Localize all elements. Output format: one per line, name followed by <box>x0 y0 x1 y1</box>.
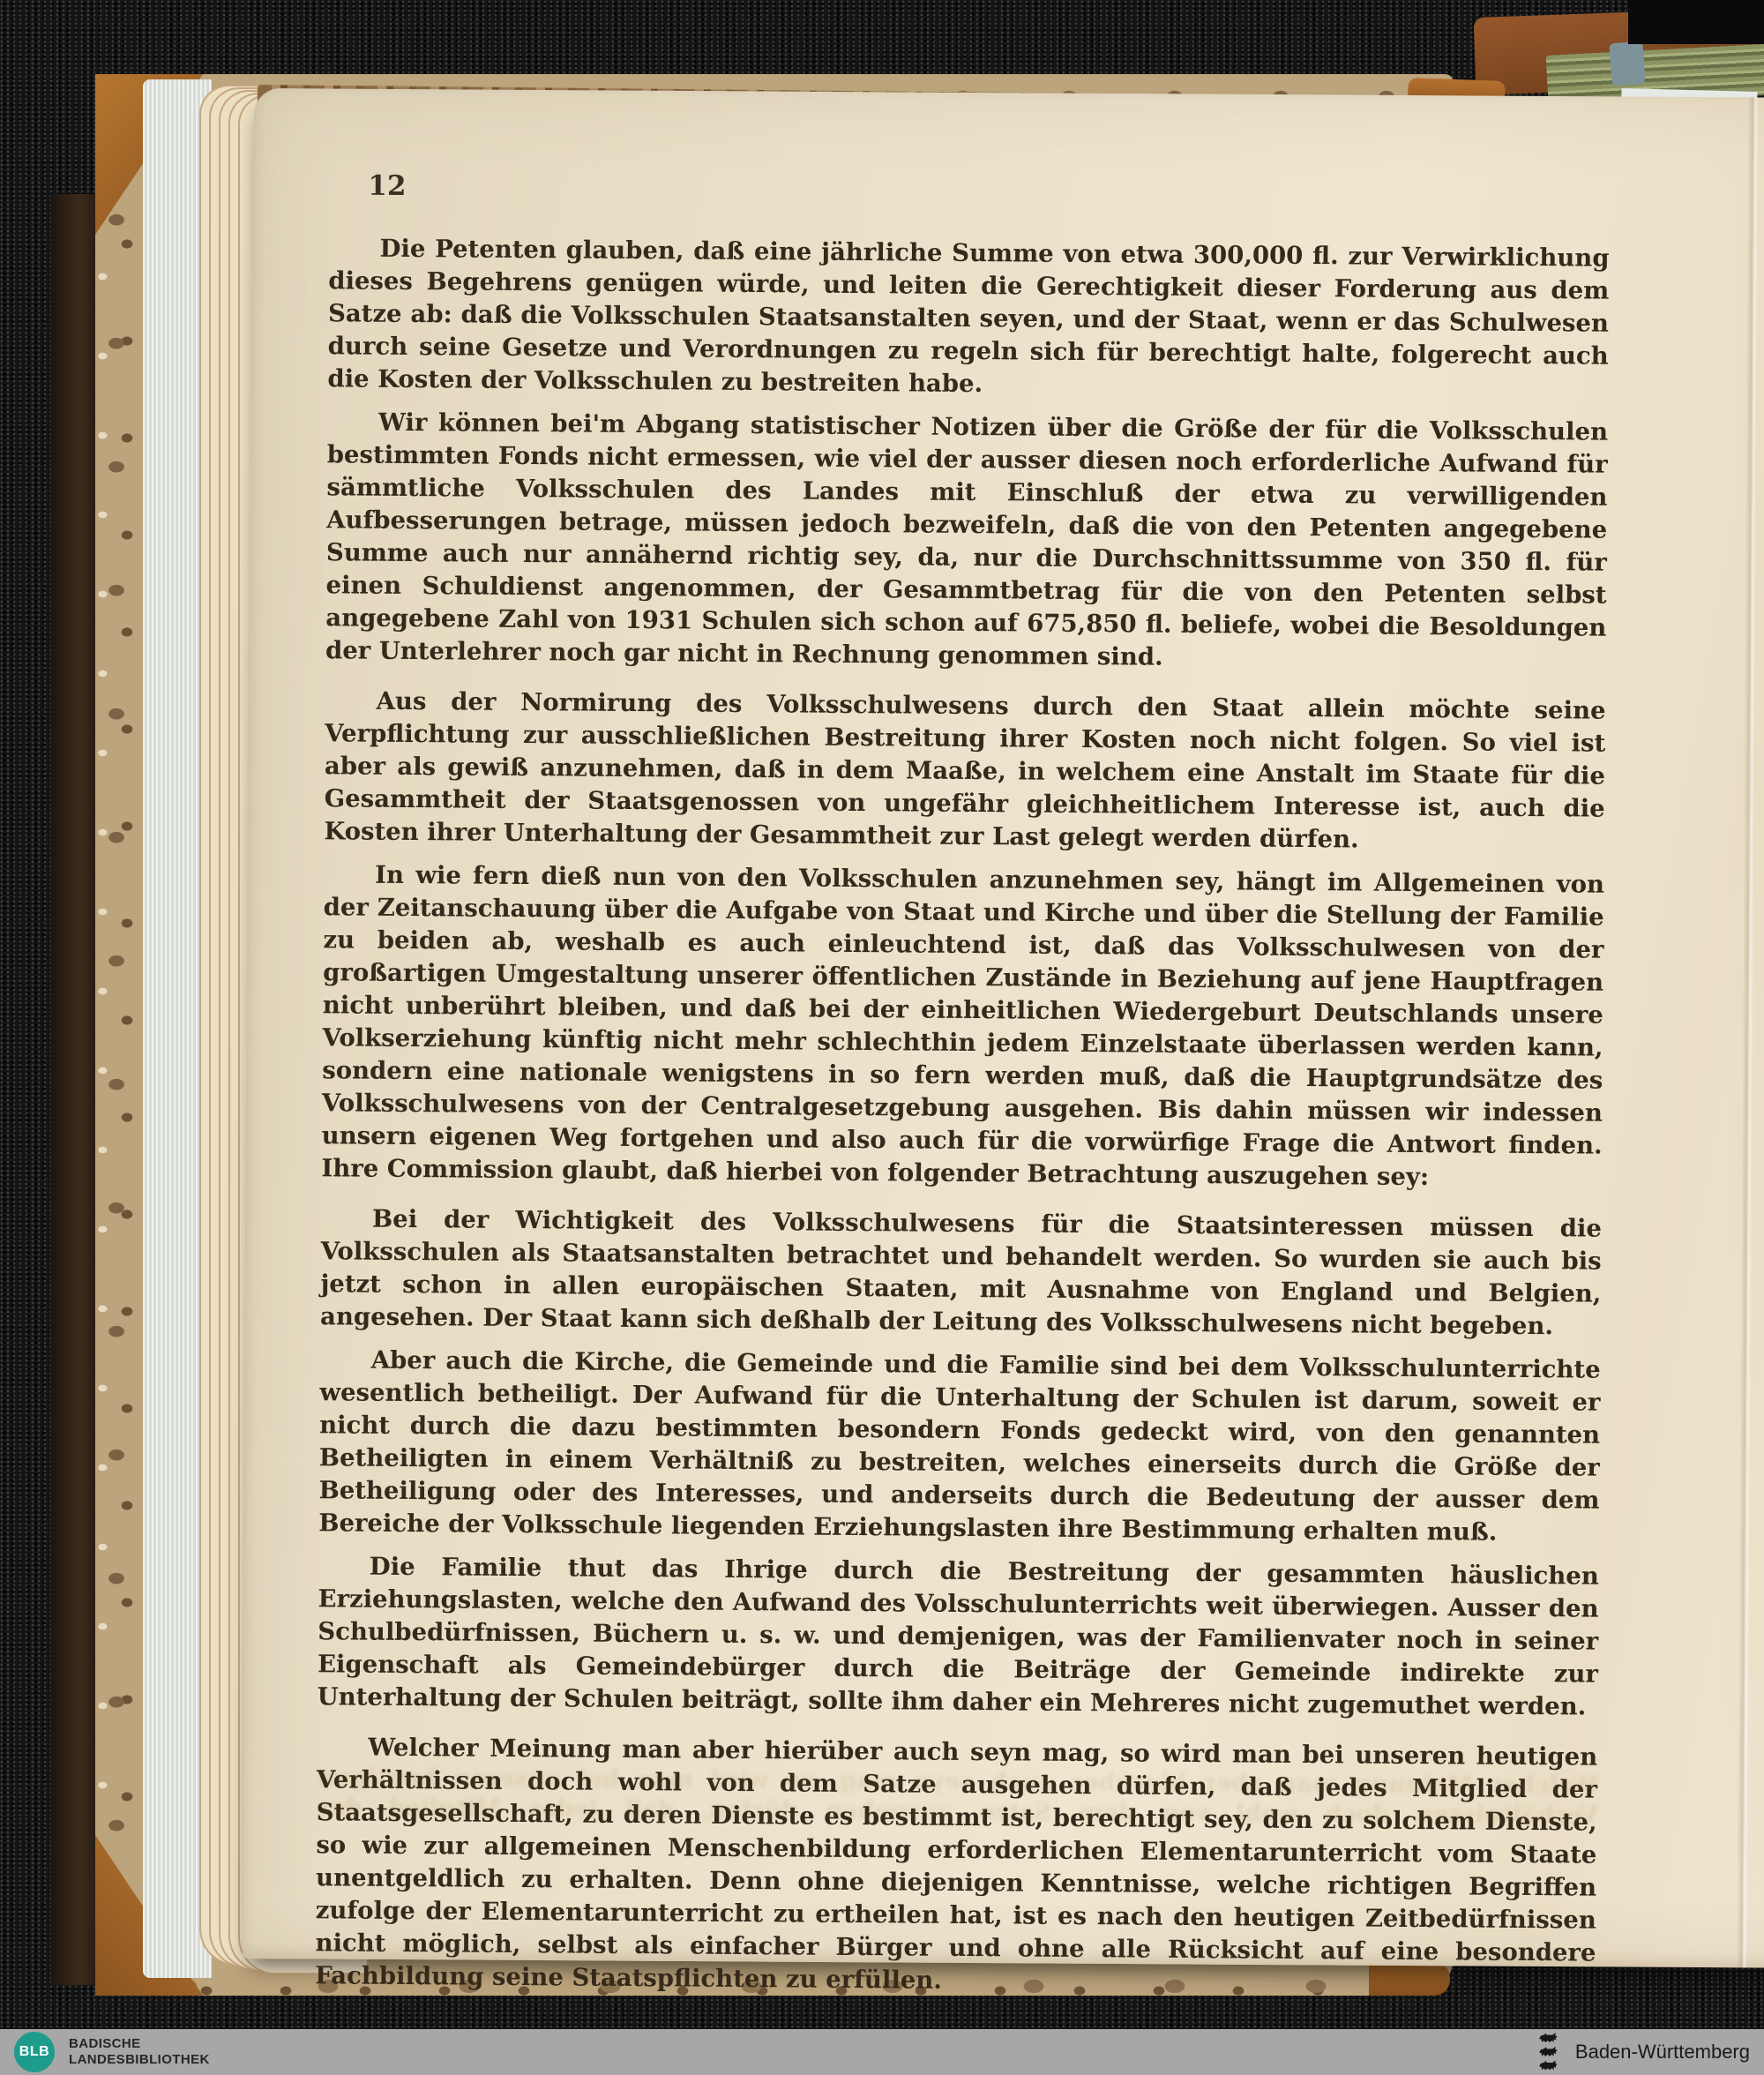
body-paragraph: Wir können bei'm Abgang statistischer No… <box>325 406 1608 677</box>
background-shadow <box>1628 0 1764 44</box>
verso-bleedthrough: Welcher Meinung man aber hierüber auch s… <box>318 1763 1598 1827</box>
library-footer-bar: BLB BADISCHE LANDESBIBLIOTHEK Baden-Würt… <box>0 2029 1764 2075</box>
book-page: 12 Die Petenten glauben, daß eine jährli… <box>243 88 1764 1968</box>
page-text-block: Die Petenten glauben, daß eine jährliche… <box>315 232 1610 2012</box>
library-name: BADISCHE LANDESBIBLIOTHEK <box>69 2036 210 2068</box>
library-brand: BLB BADISCHE LANDESBIBLIOTHEK <box>14 2032 210 2072</box>
library-name-line2: LANDESBIBLIOTHEK <box>69 2052 210 2068</box>
body-paragraph: Die Familie thut das Ihrige durch die Be… <box>318 1550 1599 1723</box>
body-paragraph: Die Petenten glauben, daß eine jährliche… <box>327 232 1609 405</box>
state-brand: Baden-Württemberg <box>1535 2032 1750 2072</box>
body-paragraph: Bei der Wichtigkeit des Volksschulwesens… <box>320 1202 1602 1343</box>
library-name-line1: BADISCHE <box>69 2036 210 2052</box>
blb-logo-icon: BLB <box>14 2032 55 2072</box>
coat-of-arms-lions-icon <box>1535 2032 1565 2072</box>
state-name: Baden-Württemberg <box>1575 2041 1750 2064</box>
body-paragraph: Aus der Normirung des Volksschulwesens d… <box>324 685 1605 858</box>
background-book-clasp <box>1609 41 1645 86</box>
page-number: 12 <box>368 170 406 202</box>
page-fold-line <box>1737 97 1759 1967</box>
body-paragraph: In wie fern dieß nun von den Volksschule… <box>321 858 1604 1195</box>
scan-viewport: 12 Die Petenten glauben, daß eine jährli… <box>0 0 1764 2075</box>
body-paragraph: Aber auch die Kirche, die Gemeinde und d… <box>318 1344 1601 1549</box>
